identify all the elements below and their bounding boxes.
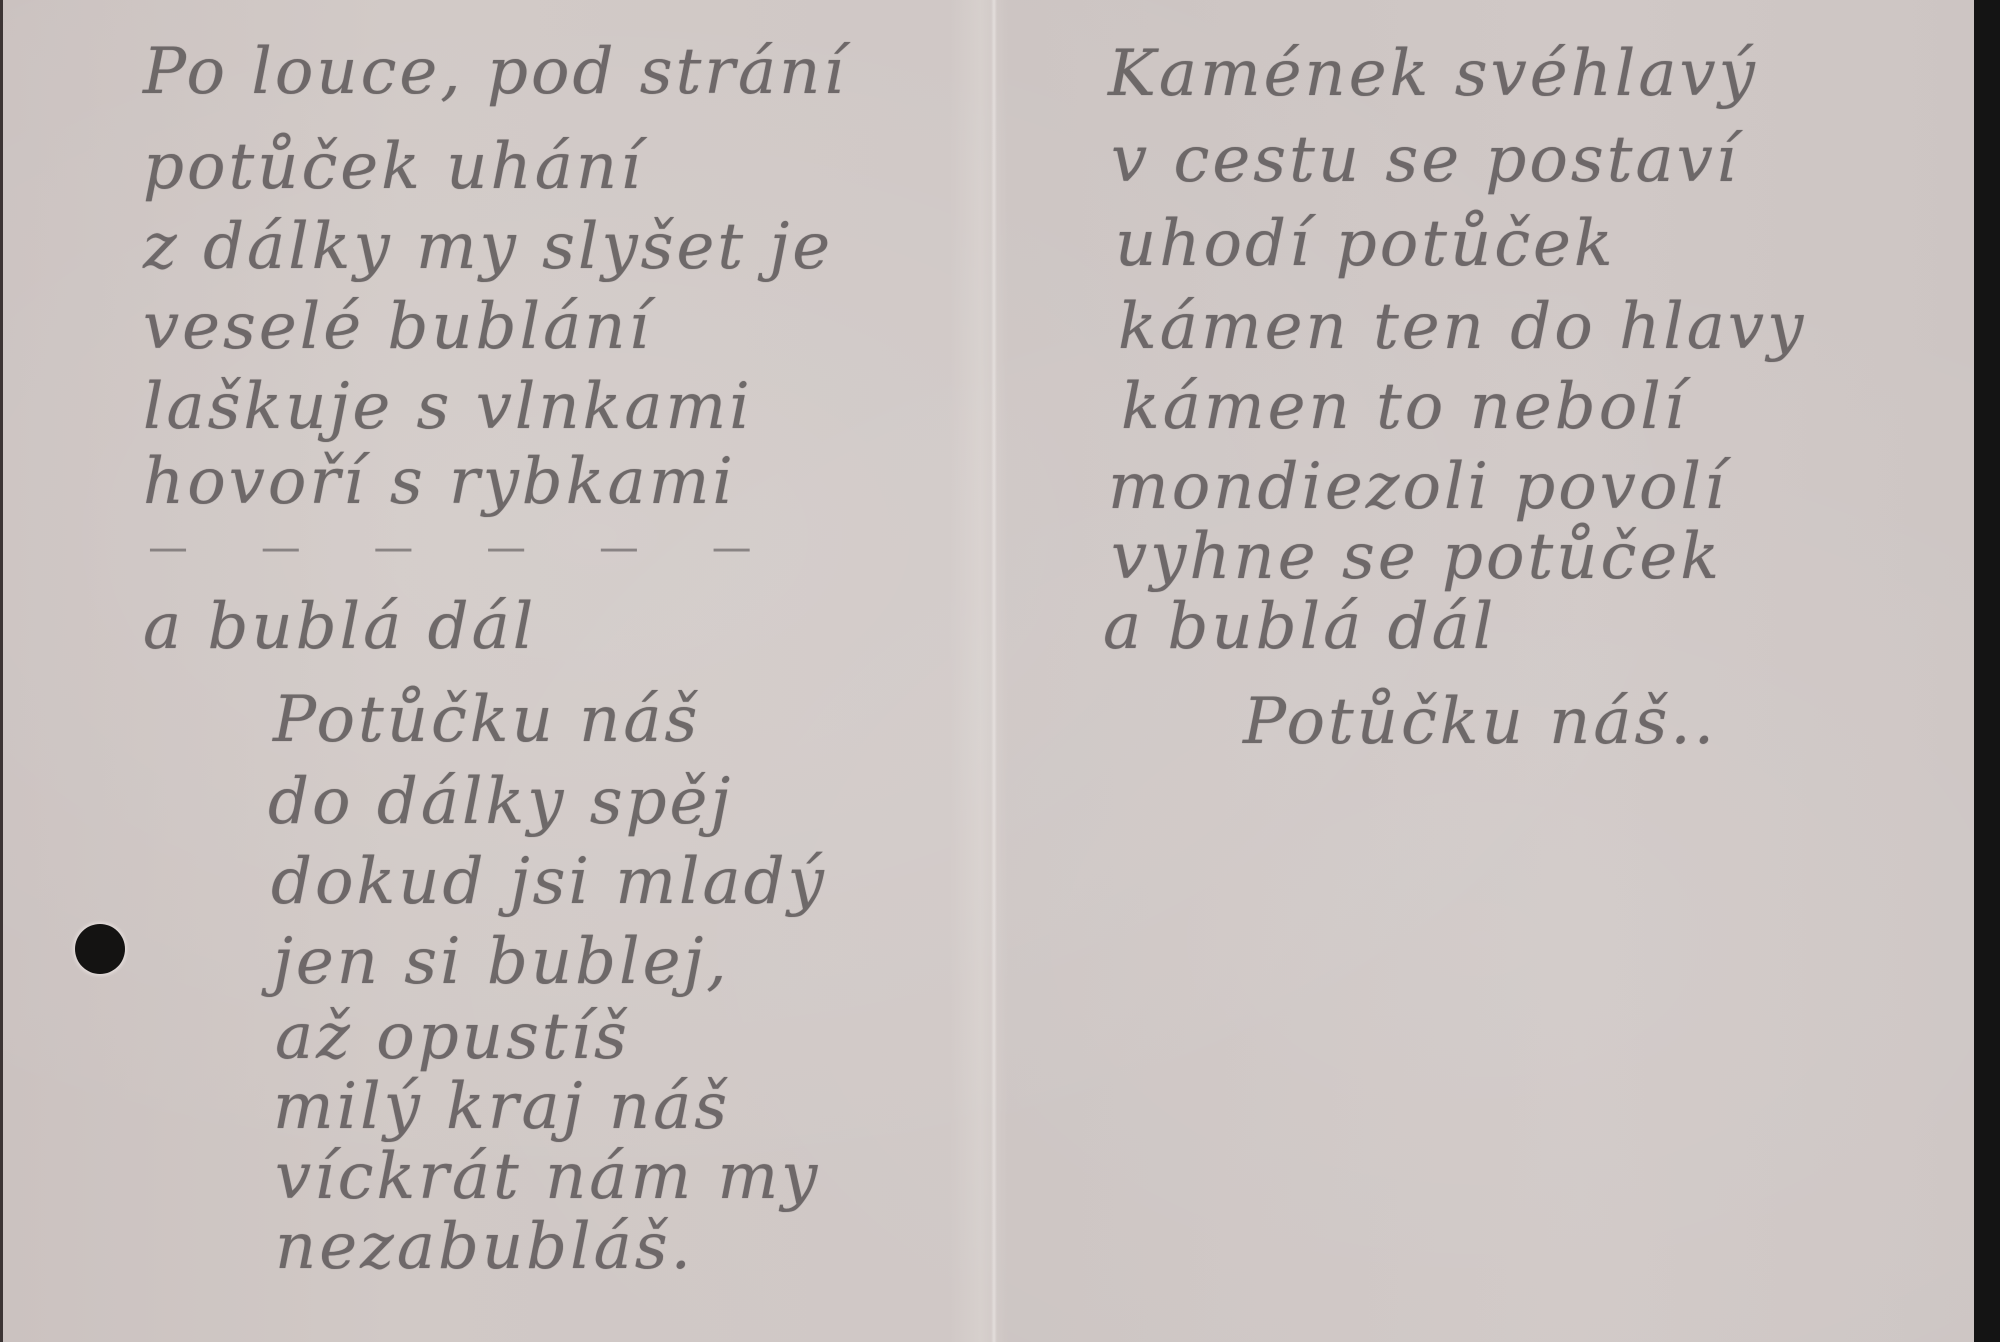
poem-line-refrain: a bublá dál xyxy=(1103,595,1496,659)
poem-line: uhodí potůček xyxy=(1115,212,1616,276)
poem-line: vyhne se potůček xyxy=(1111,525,1722,589)
chorus-line: dokud jsi mladý xyxy=(271,850,827,914)
poem-line: hovoří s rybkami xyxy=(143,450,736,514)
poem-line: Po louce, pod strání xyxy=(143,40,847,104)
chorus-line: nezabubláš. xyxy=(275,1215,694,1279)
poem-line: kámen to nebolí xyxy=(1121,375,1687,439)
poem-line: laškuje s vlnkami xyxy=(143,375,753,439)
poem-line: kámen ten do hlavy xyxy=(1118,295,1806,359)
paper-sheet: Po louce, pod strání potůček uhání z dál… xyxy=(0,0,1974,1342)
chorus-line: do dálky spěj xyxy=(268,770,733,834)
chorus-line: víckrát nám my xyxy=(275,1145,820,1209)
punch-hole xyxy=(75,924,125,974)
chorus-line: až opustíš xyxy=(275,1005,630,1069)
separator-dashes: — — — — — — xyxy=(148,525,782,571)
chorus-repeat-line: Potůčku náš.. xyxy=(1243,690,1717,754)
chorus-line: milý kraj náš xyxy=(273,1075,730,1139)
poem-line: v cestu se postaví xyxy=(1111,128,1739,192)
poem-line: potůček uhání xyxy=(143,135,644,199)
chorus-line: jen si bublej, xyxy=(273,930,730,994)
poem-line-refrain: a bublá dál xyxy=(143,595,536,659)
chorus-line: Potůčku náš xyxy=(273,688,700,752)
poem-line: mondiezoli povolí xyxy=(1108,455,1727,519)
poem-line: veselé bublání xyxy=(143,295,652,359)
fold-crease xyxy=(991,0,997,1342)
poem-line: z dálky my slyšet je xyxy=(143,215,833,279)
poem-line: Kamének svéhlavý xyxy=(1108,42,1758,106)
